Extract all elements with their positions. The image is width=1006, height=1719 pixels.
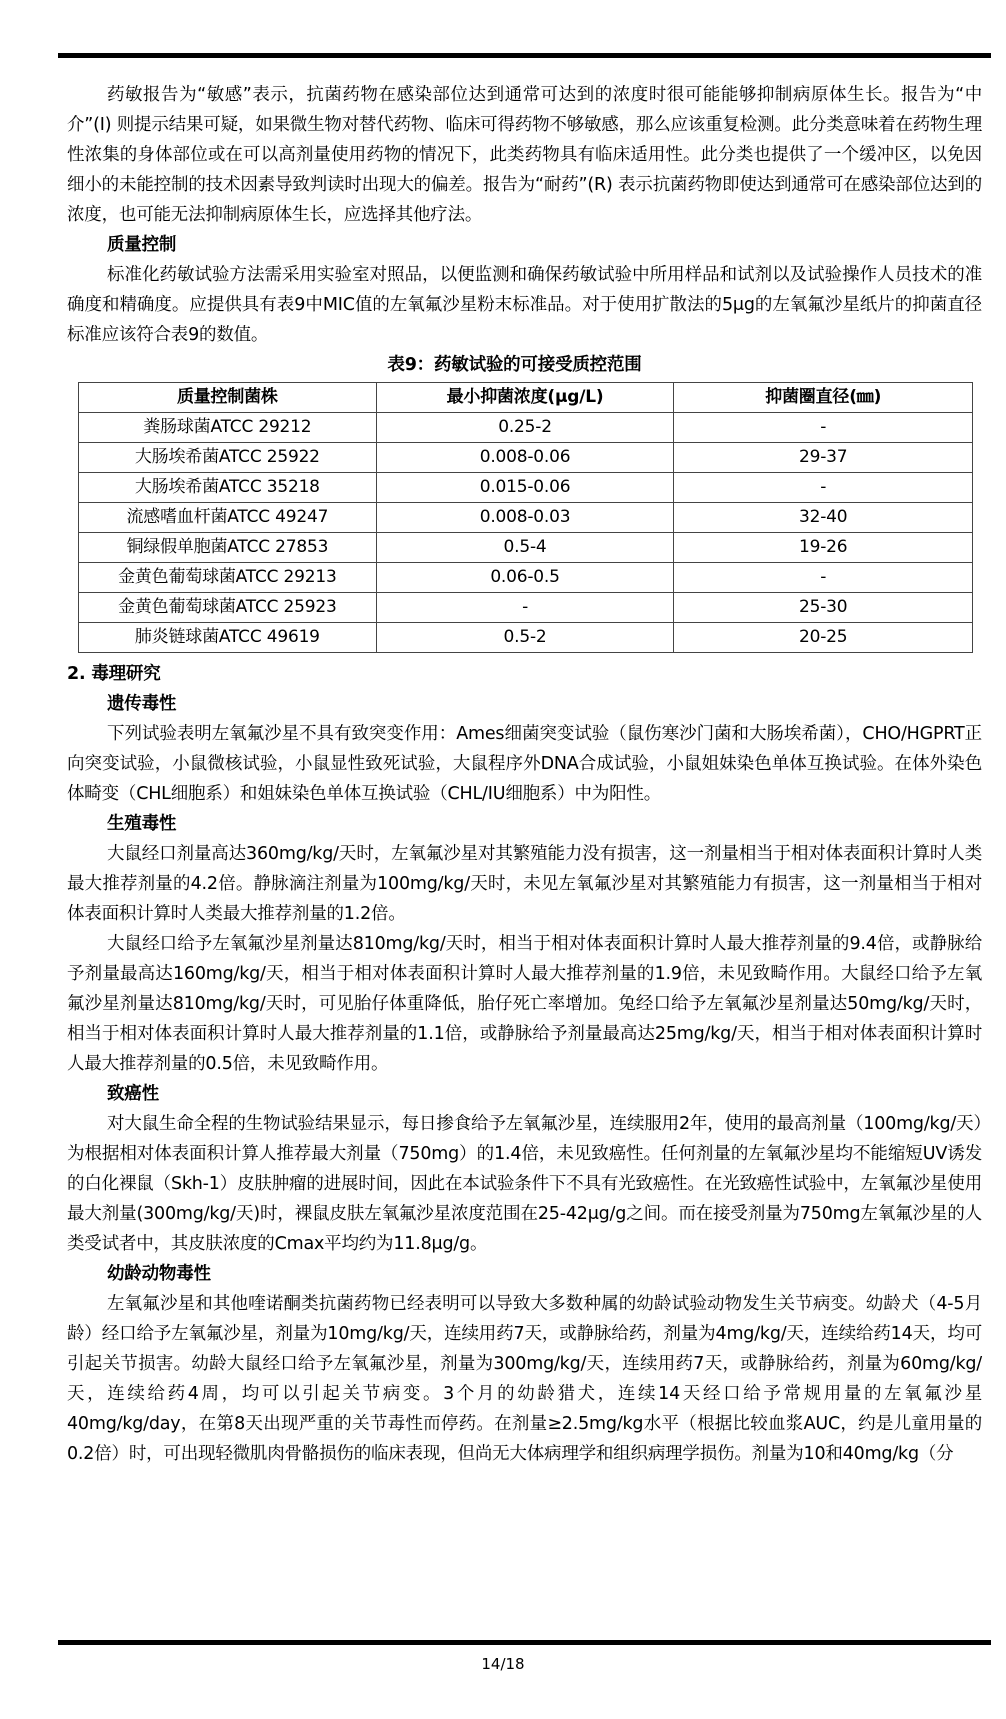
genotoxicity-heading: 遗传毒性 xyxy=(67,689,982,719)
juvenile-paragraph: 左氧氟沙星和其他喹诺酮类抗菌药物已经表明可以导致大多数种属的幼龄试验动物发生关节… xyxy=(67,1289,982,1469)
table-row: 大肠埃希菌ATCC 35218 0.015-0.06 - xyxy=(79,473,973,503)
table-row: 粪肠球菌ATCC 29212 0.25-2 - xyxy=(79,413,973,443)
intro-paragraph: 药敏报告为“敏感”表示，抗菌药物在感染部位达到通常可达到的浓度时很可能能够抑制病… xyxy=(67,80,982,230)
strain-cell: 流感嗜血杆菌ATCC 49247 xyxy=(79,503,377,533)
strain-cell: 大肠埃希菌ATCC 35218 xyxy=(79,473,377,503)
strain-cell: 金黄色葡萄球菌ATCC 25923 xyxy=(79,593,377,623)
footer-rule xyxy=(58,1640,991,1645)
table-row: 铜绿假单胞菌ATCC 27853 0.5-4 19-26 xyxy=(79,533,973,563)
column-header-strain: 质量控制菌株 xyxy=(79,383,377,413)
document-body: 药敏报告为“敏感”表示，抗菌药物在感染部位达到通常可达到的浓度时很可能能够抑制病… xyxy=(67,80,982,1469)
column-header-mic: 最小抑菌浓度(μg/L) xyxy=(376,383,674,413)
carcinogenicity-paragraph: 对大鼠生命全程的生物试验结果显示，每日掺食给予左氧氟沙星，连续服用2年，使用的最… xyxy=(67,1109,982,1259)
zone-cell: 20-25 xyxy=(674,623,973,653)
strain-cell: 大肠埃希菌ATCC 25922 xyxy=(79,443,377,473)
zone-cell: 32-40 xyxy=(674,503,973,533)
page-number: 14/18 xyxy=(0,1655,1006,1673)
table9: 质量控制菌株 最小抑菌浓度(μg/L) 抑菌圈直径(㎜) 粪肠球菌ATCC 29… xyxy=(78,382,973,653)
reproductive-heading: 生殖毒性 xyxy=(67,809,982,839)
mic-cell: 0.5-4 xyxy=(376,533,674,563)
table-row: 大肠埃希菌ATCC 25922 0.008-0.06 29-37 xyxy=(79,443,973,473)
zone-cell: 29-37 xyxy=(674,443,973,473)
reproductive-paragraph-2: 大鼠经口给予左氧氟沙星剂量达810mg/kg/天时，相当于相对体表面积计算时人最… xyxy=(67,929,982,1079)
table-row: 肺炎链球菌ATCC 49619 0.5-2 20-25 xyxy=(79,623,973,653)
zone-cell: 25-30 xyxy=(674,593,973,623)
juvenile-heading: 幼龄动物毒性 xyxy=(67,1259,982,1289)
table-row: 流感嗜血杆菌ATCC 49247 0.008-0.03 32-40 xyxy=(79,503,973,533)
mic-cell: 0.015-0.06 xyxy=(376,473,674,503)
carcinogenicity-heading: 致癌性 xyxy=(67,1079,982,1109)
zone-cell: - xyxy=(674,473,973,503)
mic-cell: 0.008-0.03 xyxy=(376,503,674,533)
zone-cell: - xyxy=(674,563,973,593)
mic-cell: 0.008-0.06 xyxy=(376,443,674,473)
mic-cell: 0.5-2 xyxy=(376,623,674,653)
zone-cell: 19-26 xyxy=(674,533,973,563)
quality-control-paragraph: 标准化药敏试验方法需采用实验室对照品，以便监测和确保药敏试验中所用样品和试剂以及… xyxy=(67,260,982,350)
toxicology-heading: 2. 毒理研究 xyxy=(67,659,982,689)
mic-cell: 0.06-0.5 xyxy=(376,563,674,593)
quality-control-heading: 质量控制 xyxy=(67,230,982,260)
strain-cell: 粪肠球菌ATCC 29212 xyxy=(79,413,377,443)
table-row: 金黄色葡萄球菌ATCC 25923 - 25-30 xyxy=(79,593,973,623)
mic-cell: 0.25-2 xyxy=(376,413,674,443)
mic-cell: - xyxy=(376,593,674,623)
table-row: 金黄色葡萄球菌ATCC 29213 0.06-0.5 - xyxy=(79,563,973,593)
reproductive-paragraph-1: 大鼠经口剂量高达360mg/kg/天时，左氧氟沙星对其繁殖能力没有损害，这一剂量… xyxy=(67,839,982,929)
table-header-row: 质量控制菌株 最小抑菌浓度(μg/L) 抑菌圈直径(㎜) xyxy=(79,383,973,413)
table9-caption: 表9：药敏试验的可接受质控范围 xyxy=(67,350,982,380)
genotoxicity-paragraph: 下列试验表明左氧氟沙星不具有致突变作用：Ames细菌突变试验（鼠伤寒沙门菌和大肠… xyxy=(67,719,982,809)
column-header-zone: 抑菌圈直径(㎜) xyxy=(674,383,973,413)
strain-cell: 铜绿假单胞菌ATCC 27853 xyxy=(79,533,377,563)
header-rule xyxy=(58,53,991,58)
strain-cell: 肺炎链球菌ATCC 49619 xyxy=(79,623,377,653)
strain-cell: 金黄色葡萄球菌ATCC 29213 xyxy=(79,563,377,593)
zone-cell: - xyxy=(674,413,973,443)
